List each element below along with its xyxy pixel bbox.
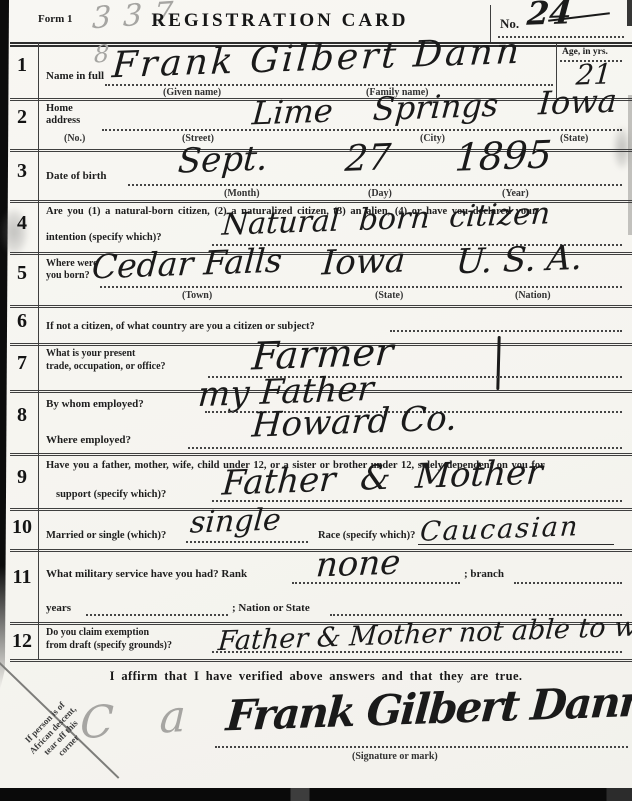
exemption-dotted-line [212,651,622,653]
born-town-label: (Town) [182,290,212,301]
row-divider [10,305,632,308]
row-1-number: 1 [8,54,36,77]
pencil-mark-8: 8 [94,39,110,68]
row-6-number: 6 [8,310,36,333]
scan-edge-bottom [0,788,632,801]
row-5-number: 5 [8,262,36,285]
trade-label-1: What is your present [46,348,135,361]
dob-month-value: Sept. [177,138,269,181]
row-10-number: 10 [8,516,36,539]
married-dotted-line [186,541,308,543]
employer-label: By whom employed? [46,398,144,412]
signature-value: Frank Gilbert Dann [224,677,632,741]
dob-day-value: 27 [344,137,393,180]
citizen-question-line2: intention (specify which)? [46,231,162,244]
row-3-number: 3 [8,160,36,183]
dob-day-label: (Day) [368,188,392,199]
subject-question: If not a citizen, of what country are yo… [46,320,315,333]
card-no-value: 24 [526,0,573,33]
registration-card-scan: Form 1 337 REGISTRATION CARD No. 24 1 8 … [0,0,632,801]
card-no-label: No. [500,16,519,32]
branch-label: ; branch [464,568,504,582]
scan-edge-right-shadow [628,95,632,235]
born-state-value: Iowa [321,240,407,283]
born-state-label: (State) [375,290,403,301]
home-address-value: Lime Springs Iowa [251,82,618,133]
row-9-number: 9 [8,466,36,489]
service-label: What military service have you had? Rank [46,568,247,582]
where-employed-value: Howard Co. [251,398,459,445]
signature-label: (Signature or mark) [352,751,438,762]
race-value: Caucasian [419,511,580,548]
signature-dotted-line [215,746,628,748]
card-title: REGISTRATION CARD [0,10,560,32]
address-state-label: (State) [560,133,588,144]
address-city-label: (City) [420,133,445,144]
pen-stroke [496,336,500,390]
address-dotted-line [102,129,622,131]
born-nation-label: (Nation) [515,290,551,301]
name-value: Frank Gilbert Dann [111,31,524,86]
dob-label: Date of birth [46,170,107,184]
row-divider [10,508,632,511]
paper-smudge [614,128,630,168]
trade-label-2: trade, occupation, or office? [46,361,166,374]
citizen-answer: Natural born citizen [221,196,552,243]
row-12-number: 12 [8,630,36,653]
where-employed-label: Where employed? [46,434,131,448]
row-11-number: 11 [8,566,36,589]
married-value: single [189,502,282,540]
born-nation-value: U. S. A. [455,238,584,283]
name-in-full-label: Name in full [46,70,104,84]
dob-dotted-line [128,184,622,186]
born-label-1: Where were [46,258,98,271]
where-employed-dotted-line [188,447,622,449]
born-town-value: Cedar Falls [91,241,284,287]
dob-month-label: (Month) [224,188,260,199]
nation-state-label: ; Nation or State [232,602,310,616]
row-8-number: 8 [8,404,36,427]
given-name-label: (Given name) [163,87,221,98]
address-no-label: (No.) [64,133,85,144]
branch-dotted-line [514,582,622,584]
home-address-label-2: address [46,114,80,127]
race-label: Race (specify which)? [318,529,415,542]
dob-year-value: 1895 [453,132,553,180]
years-dotted-line [86,614,228,616]
born-label-2: you born? [46,270,90,283]
row-4-number: 4 [8,212,36,235]
born-dotted-line [100,286,622,288]
rank-value: none [315,542,402,585]
rank-dotted-line [292,582,460,584]
dependent-question-line2: support (specify which)? [56,488,166,501]
years-label: years [46,602,71,616]
row-2-number: 2 [8,106,36,129]
row-7-number: 7 [8,352,36,375]
subject-dotted-line [390,330,622,332]
exemption-label-1: Do you claim exemption [46,627,149,640]
married-label: Married or single (which)? [46,529,166,542]
race-underline [418,544,614,545]
scan-edge-top-right [627,0,632,26]
number-column-line [38,42,39,659]
row-divider [10,659,632,662]
exemption-label-2: from draft (specify grounds)? [46,640,172,653]
